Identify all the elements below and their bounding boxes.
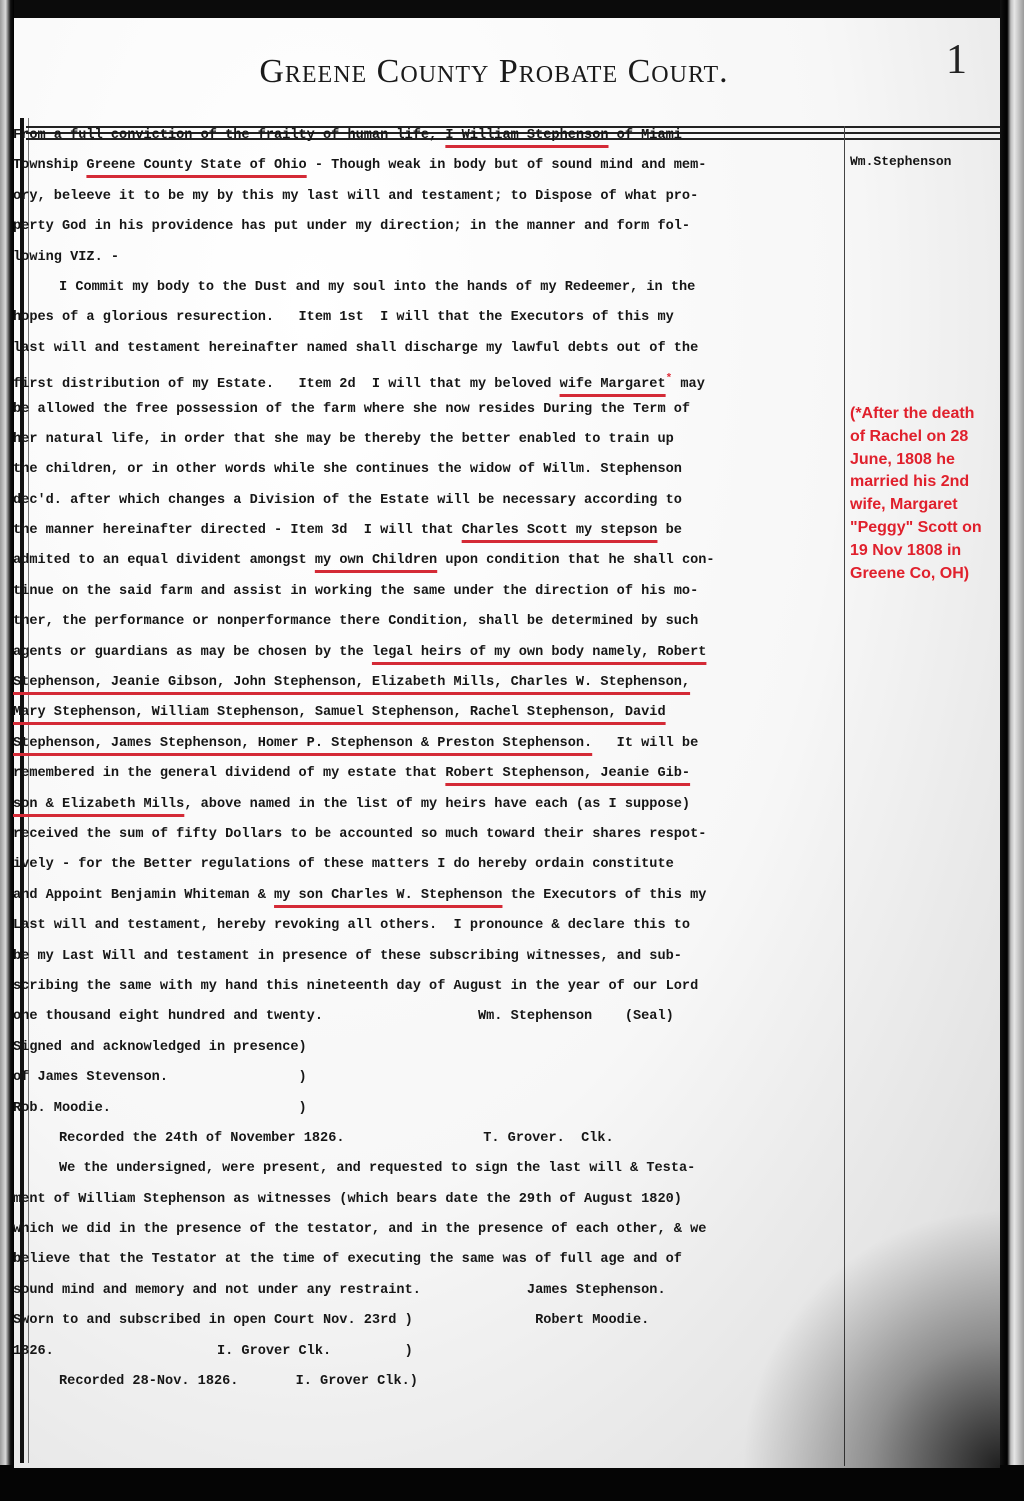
text-line: From a full conviction of the frailty of… xyxy=(13,121,833,151)
text-line: perty God in his providence has put unde… xyxy=(13,212,833,242)
will-transcript-body: From a full conviction of the frailty of… xyxy=(13,121,833,1397)
text-line: one thousand eight hundred and twenty. W… xyxy=(13,1002,833,1032)
text-segment: of James Stevenson. ) xyxy=(13,1070,307,1085)
highlighted-phrase: my own Children xyxy=(315,553,437,568)
text-line: Stephenson, James Stephenson, Homer P. S… xyxy=(13,729,833,759)
highlighted-phrase: my son Charles W. Stephenson xyxy=(274,888,502,903)
text-segment: ment of William Stephenson as witnesses … xyxy=(13,1192,682,1207)
highlighted-phrase: Stephenson, Jeanie Gibson, John Stephens… xyxy=(13,675,690,690)
page-title: Greene County Probate Court. xyxy=(14,53,974,91)
text-segment: Rob. Moodie. ) xyxy=(13,1101,307,1116)
text-segment: her natural life, in order that she may … xyxy=(13,432,674,447)
highlighted-phrase: legal heirs of my own body namely, Rober… xyxy=(372,645,706,660)
text-segment: be allowed the free possession of the fa… xyxy=(13,402,690,417)
text-line: Rob. Moodie. ) xyxy=(13,1094,833,1124)
text-segment: From a full conviction of the frailty of… xyxy=(13,128,445,143)
scan-left-border xyxy=(0,0,14,1501)
text-line: of James Stevenson. ) xyxy=(13,1063,833,1093)
text-line: first distribution of my Estate. Item 2d… xyxy=(13,364,833,394)
text-segment: Recorded 28-Nov. 1826. I. Grover Clk.) xyxy=(59,1374,418,1389)
text-segment: received the sum of fifty Dollars to be … xyxy=(13,827,706,842)
text-segment: hopes of a glorious resurection. Item 1s… xyxy=(13,310,674,325)
annotation-line: of Rachel on 28 xyxy=(850,426,1002,449)
text-line: admited to an equal divident amongst my … xyxy=(13,546,833,576)
text-segment: believe that the Testator at the time of… xyxy=(13,1252,682,1267)
text-segment: and Appoint Benjamin Whiteman & xyxy=(13,888,274,903)
highlighted-phrase: son & Elizabeth Mills xyxy=(13,797,184,812)
text-segment: admited to an equal divident amongst xyxy=(13,553,315,568)
text-segment: remembered in the general dividend of my… xyxy=(13,766,445,781)
text-segment: last will and testament hereinafter name… xyxy=(13,341,698,356)
highlighted-phrase: Greene County State of Ohio xyxy=(86,158,306,173)
text-line: Stephenson, Jeanie Gibson, John Stephens… xyxy=(13,668,833,698)
text-line: and Appoint Benjamin Whiteman & my son C… xyxy=(13,881,833,911)
text-line: believe that the Testator at the time of… xyxy=(13,1245,833,1275)
text-segment: ther, the performance or nonperformance … xyxy=(13,614,698,629)
text-segment: Signed and acknowledged in presence) xyxy=(13,1040,307,1055)
text-line: her natural life, in order that she may … xyxy=(13,425,833,455)
text-line: Mary Stephenson, William Stephenson, Sam… xyxy=(13,698,833,728)
text-segment: tinue on the said farm and assist in wor… xyxy=(13,584,698,599)
text-segment: I Commit my body to the Dust and my soul… xyxy=(59,280,695,295)
text-segment: lowing VIZ. - xyxy=(13,250,119,265)
text-segment: first distribution of my Estate. Item 2d… xyxy=(13,377,560,392)
text-segment: It will be xyxy=(592,736,698,751)
annotation-line: Greene Co, OH) xyxy=(850,563,1002,586)
scan-right-border xyxy=(1000,0,1024,1501)
text-segment: Township xyxy=(13,158,86,173)
text-segment: upon condition that he shall con- xyxy=(437,553,714,568)
text-line: Last will and testament, hereby revoking… xyxy=(13,911,833,941)
scan-bottom-border xyxy=(0,1465,1024,1501)
text-segment: ively - for the Better regulations of th… xyxy=(13,857,674,872)
text-segment: We the undersigned, were present, and re… xyxy=(59,1161,695,1176)
annotation-line: married his 2nd xyxy=(850,471,1002,494)
text-line: sound mind and memory and not under any … xyxy=(13,1276,833,1306)
annotation-line: "Peggy" Scott on xyxy=(850,517,1002,540)
text-line: hopes of a glorious resurection. Item 1s… xyxy=(13,303,833,333)
text-segment: be xyxy=(657,523,681,538)
text-segment: the children, or in other words while sh… xyxy=(13,462,682,477)
text-line: Recorded 28-Nov. 1826. I. Grover Clk.) xyxy=(13,1367,833,1397)
highlighted-phrase: Mary Stephenson, William Stephenson, Sam… xyxy=(13,705,666,720)
text-segment: one thousand eight hundred and twenty. W… xyxy=(13,1009,674,1024)
text-line: remembered in the general dividend of my… xyxy=(13,759,833,789)
text-line: tinue on the said farm and assist in wor… xyxy=(13,577,833,607)
text-line: 1826. I. Grover Clk. ) xyxy=(13,1337,833,1367)
text-line: Township Greene County State of Ohio - T… xyxy=(13,151,833,181)
annotation-line: wife, Margaret xyxy=(850,494,1002,517)
text-line: son & Elizabeth Mills, above named in th… xyxy=(13,790,833,820)
margin-name-entry: Wm.Stephenson xyxy=(850,154,951,169)
page-number: 1 xyxy=(946,36,967,84)
text-line: scribing the same with my hand this nine… xyxy=(13,972,833,1002)
text-line: ively - for the Better regulations of th… xyxy=(13,850,833,880)
text-line: Signed and acknowledged in presence) xyxy=(13,1033,833,1063)
text-segment: ory, beleeve it to be my by this my last… xyxy=(13,189,698,204)
text-segment: - Though weak in body but of sound mind … xyxy=(307,158,707,173)
text-segment: perty God in his providence has put unde… xyxy=(13,219,690,234)
text-line: ment of William Stephenson as witnesses … xyxy=(13,1185,833,1215)
text-segment: the Executors of this my xyxy=(502,888,706,903)
text-segment: Sworn to and subscribed in open Court No… xyxy=(13,1313,649,1328)
text-segment: which we did in the presence of the test… xyxy=(13,1222,706,1237)
highlighted-phrase: wife Margaret xyxy=(560,377,666,392)
annotation-line: (*After the death xyxy=(850,403,1002,426)
annotation-line: June, 1808 he xyxy=(850,449,1002,472)
text-segment: sound mind and memory and not under any … xyxy=(13,1283,666,1298)
text-segment: of Miami xyxy=(609,128,682,143)
highlighted-phrase: Stephenson, James Stephenson, Homer P. S… xyxy=(13,736,592,751)
text-line: be allowed the free possession of the fa… xyxy=(13,395,833,425)
text-line: I Commit my body to the Dust and my soul… xyxy=(13,273,833,303)
text-segment: , above named in the list of my heirs ha… xyxy=(184,797,690,812)
text-line: agents or guardians as may be chosen by … xyxy=(13,638,833,668)
highlighted-phrase: I William Stephenson xyxy=(445,128,608,143)
text-line: We the undersigned, were present, and re… xyxy=(13,1154,833,1184)
text-line: be my Last Will and testament in presenc… xyxy=(13,942,833,972)
text-segment: the manner hereinafter directed - Item 3… xyxy=(13,523,462,538)
text-segment: scribing the same with my hand this nine… xyxy=(13,979,698,994)
text-line: Sworn to and subscribed in open Court No… xyxy=(13,1306,833,1336)
text-segment: Recorded the 24th of November 1826. T. G… xyxy=(59,1131,614,1146)
text-line: received the sum of fifty Dollars to be … xyxy=(13,820,833,850)
text-line: Recorded the 24th of November 1826. T. G… xyxy=(13,1124,833,1154)
text-line: ther, the performance or nonperformance … xyxy=(13,607,833,637)
highlighted-phrase: Charles Scott my stepson xyxy=(462,523,658,538)
text-line: dec'd. after which changes a Division of… xyxy=(13,486,833,516)
text-line: which we did in the presence of the test… xyxy=(13,1215,833,1245)
text-segment: may xyxy=(672,377,705,392)
annotation-line: 19 Nov 1808 in xyxy=(850,540,1002,563)
text-segment: Last will and testament, hereby revoking… xyxy=(13,918,690,933)
text-line: lowing VIZ. - xyxy=(13,243,833,273)
text-line: last will and testament hereinafter name… xyxy=(13,334,833,364)
text-segment: dec'd. after which changes a Division of… xyxy=(13,493,682,508)
red-annotation-note: (*After the deathof Rachel on 28June, 18… xyxy=(850,403,1002,585)
text-segment: 1826. I. Grover Clk. ) xyxy=(13,1344,413,1359)
text-line: ory, beleeve it to be my by this my last… xyxy=(13,182,833,212)
text-line: the manner hereinafter directed - Item 3… xyxy=(13,516,833,546)
text-segment: agents or guardians as may be chosen by … xyxy=(13,645,372,660)
margin-column-rule xyxy=(844,126,845,1466)
scan-top-border xyxy=(0,0,1024,18)
highlighted-phrase: Robert Stephenson, Jeanie Gib- xyxy=(445,766,690,781)
text-line: the children, or in other words while sh… xyxy=(13,455,833,485)
text-segment: be my Last Will and testament in presenc… xyxy=(13,949,682,964)
